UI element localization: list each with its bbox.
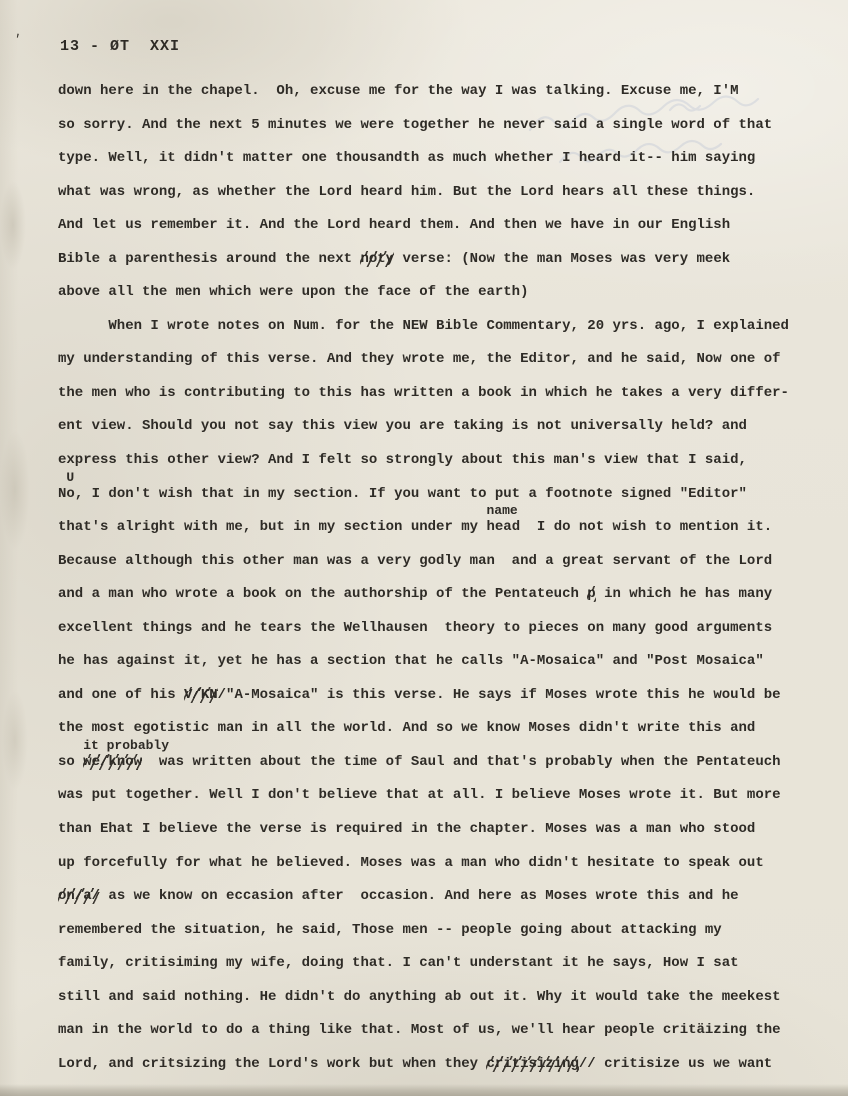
typed-text: than Ehat I believe the verse is require… — [58, 821, 755, 837]
text-line: above all the men which were upon the fa… — [58, 276, 828, 310]
text-line: up forcefully for what he believed. Mose… — [58, 847, 828, 881]
text-line: type. Well, it didn't matter one thousan… — [58, 142, 828, 176]
text-line: so we/knowit probably was written about … — [58, 746, 828, 780]
scanned-typewritten-page: ' 13 - ØT XXI down here in the chapel. O… — [0, 0, 848, 1096]
paper-smudge — [0, 430, 30, 550]
typed-text: excellent things and he tears the Wellha… — [58, 620, 772, 636]
text-line: that's alright with me, but in my sectio… — [58, 511, 828, 545]
typed-text: so — [58, 754, 83, 770]
text-line: on/a/ as we know on eccasion after occas… — [58, 880, 828, 914]
typed-text: down here in the chapel. Oh, excuse me f… — [58, 83, 739, 99]
text-line: remembered the situation, he said, Those… — [58, 914, 828, 948]
text-line: Lord, and critsizing the Lord's work but… — [58, 1048, 828, 1082]
typed-text: as we know on eccasion after occasion. A… — [100, 888, 739, 904]
typed-text: verse: (Now the man Moses was very meek — [394, 251, 730, 267]
typed-text: in which he has many — [596, 586, 772, 602]
typewritten-body: down here in the chapel. Oh, excuse me f… — [58, 75, 828, 1081]
text-line: And let us remember it. And the Lord hea… — [58, 209, 828, 243]
typed-text: , I don't wish that in my section. If yo… — [75, 486, 747, 502]
typed-text: Lord, and critsizing the Lord's work but… — [58, 1056, 486, 1072]
typed-text: family, critisiming my wife, doing that.… — [58, 955, 739, 971]
typed-text: my understanding of this verse. And they… — [58, 351, 781, 367]
typed-text: oU — [66, 486, 74, 502]
typed-text: type. Well, it didn't matter one thousan… — [58, 150, 755, 166]
text-line: my understanding of this verse. And they… — [58, 343, 828, 377]
text-line: ent view. Should you not say this view y… — [58, 410, 828, 444]
typed-text: I do not wish to mention it. — [520, 519, 772, 535]
typed-text: Bible a parenthesis around the next — [58, 251, 360, 267]
typed-text: ent view. Should you not say this view y… — [58, 418, 747, 434]
text-line: Because although this other man was a ve… — [58, 545, 828, 579]
text-line: express this other view? And I felt so s… — [58, 444, 828, 478]
typed-text: what was wrong, as whether the Lord hear… — [58, 184, 755, 200]
typed-text: was written about the time of Saul and t… — [142, 754, 781, 770]
typed-text: /"A-Mosaica" is this verse. He says if M… — [218, 687, 781, 703]
text-line: what was wrong, as whether the Lord hear… — [58, 176, 828, 210]
struck-out-text: V/KN — [184, 687, 218, 703]
text-line: NoU, I don't wish that in my section. If… — [58, 478, 828, 512]
text-line: he has against it, yet he has a section … — [58, 645, 828, 679]
text-line: was put together. Well I don't believe t… — [58, 779, 828, 813]
typed-text: Because although this other man was a ve… — [58, 553, 772, 569]
typed-text: headname — [486, 519, 520, 535]
interline-insertion: U — [66, 471, 74, 485]
typed-text: so sorry. And the next 5 minutes we were… — [58, 117, 772, 133]
typed-text: he has against it, yet he has a section … — [58, 653, 764, 669]
typed-text: up forcefully for what he believed. Mose… — [58, 855, 764, 871]
struck-out-text: p — [587, 586, 595, 602]
text-line: and one of his V/KN/"A-Mosaica" is this … — [58, 679, 828, 713]
stray-pen-mark: ' — [12, 31, 23, 47]
text-line: family, critisiming my wife, doing that.… — [58, 947, 828, 981]
typed-text: man in the world to do a thing like that… — [58, 1022, 781, 1038]
typed-text: // critisize us we want — [579, 1056, 772, 1072]
text-line: man in the world to do a thing like that… — [58, 1014, 828, 1048]
interline-insertion: name — [486, 504, 517, 518]
typed-text: and one of his — [58, 687, 184, 703]
text-line: than Ehat I believe the verse is require… — [58, 813, 828, 847]
typed-text: was put together. Well I don't believe t… — [58, 787, 781, 803]
struck-out-text: on/a/ — [58, 888, 100, 904]
typed-text: still and said nothing. He didn't do any… — [58, 989, 781, 1005]
typed-text: that's alright with me, but in my sectio… — [58, 519, 486, 535]
page-header: 13 - ØT XXI — [60, 38, 180, 55]
typed-text: the men who is contributing to this has … — [58, 385, 789, 401]
typed-text: the most egotistic man in all the world.… — [58, 720, 755, 736]
text-line: the men who is contributing to this has … — [58, 377, 828, 411]
text-line: When I wrote notes on Num. for the NEW B… — [58, 310, 828, 344]
text-line: still and said nothing. He didn't do any… — [58, 981, 828, 1015]
paper-smudge — [2, 690, 28, 790]
page-bottom-edge — [0, 1084, 848, 1096]
text-line: Bible a parenthesis around the next noty… — [58, 243, 828, 277]
struck-out-text: we/knowit probably — [83, 754, 142, 770]
typed-text: and a man who wrote a book on the author… — [58, 586, 587, 602]
text-line: the most egotistic man in all the world.… — [58, 712, 828, 746]
text-line: so sorry. And the next 5 minutes we were… — [58, 109, 828, 143]
struck-out-text: critisizing — [486, 1056, 578, 1072]
typed-text: When I wrote notes on Num. for the NEW B… — [58, 318, 789, 334]
paper-smudge — [0, 180, 26, 270]
typed-text: remembered the situation, he said, Those… — [58, 922, 722, 938]
typed-text: express this other view? And I felt so s… — [58, 452, 747, 468]
typed-text: And let us remember it. And the Lord hea… — [58, 217, 730, 233]
text-line: and a man who wrote a book on the author… — [58, 578, 828, 612]
typed-text: above all the men which were upon the fa… — [58, 284, 528, 300]
text-line: down here in the chapel. Oh, excuse me f… — [58, 75, 828, 109]
text-line: excellent things and he tears the Wellha… — [58, 612, 828, 646]
interline-insertion: it probably — [83, 739, 169, 753]
struck-out-text: noty — [360, 251, 394, 267]
